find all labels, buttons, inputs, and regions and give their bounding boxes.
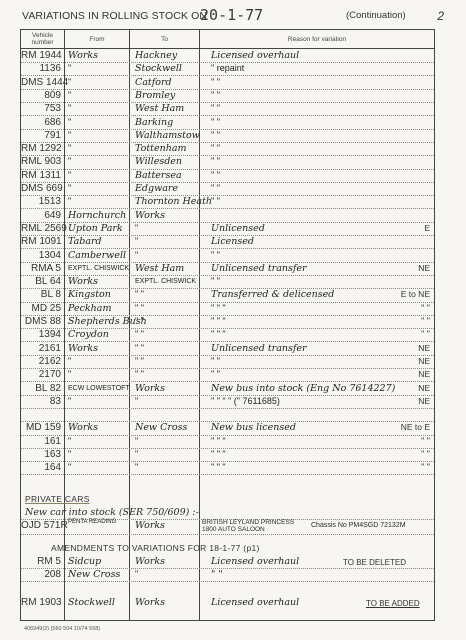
reason: New bus into stock (Eng No 7614227) (201, 382, 421, 395)
table-row: 2161Works" "Unlicensed transferNE (21, 342, 434, 356)
reason: " " (201, 169, 421, 182)
status-code (400, 182, 430, 195)
table-row: RM 1292"Tottenham" " (21, 142, 434, 156)
vehicle-number: RM 5 (21, 555, 63, 568)
status-code: E (400, 222, 430, 235)
status-code (400, 155, 430, 168)
to-location: " (131, 235, 203, 248)
table-row: 163""" " "" " (21, 448, 434, 462)
variations-table: Vehicle number From To Reason for variat… (20, 29, 435, 621)
from-location: Works (65, 49, 132, 62)
car-description: BRITISH LEYLAND PRINCESS1800 AUTO SALOON (202, 519, 294, 532)
to-location: Edgware (131, 182, 203, 195)
from-location: Works (65, 342, 132, 355)
added-row: RM 1903 Stockwell Works Licensed overhau… (21, 596, 434, 609)
table-row: 753"West Ham" " (21, 102, 434, 116)
reason: " " " " (" 7611685) (201, 395, 421, 408)
vehicle-number: 791 (21, 129, 63, 142)
from-location: EXPTL. CHISWICK (65, 262, 132, 275)
vehicle-number: 161 (21, 435, 63, 448)
table-row: 649HornchurchWorks (21, 209, 434, 223)
vehicle-number: RM 1311 (21, 169, 63, 182)
from-location: Shepherds Bush (65, 315, 132, 328)
from-location: Hornchurch (65, 209, 132, 222)
table-row: RML 2569Upton Park"UnlicensedE (21, 222, 434, 236)
to-location: Hackney (131, 49, 203, 62)
from-location: Works (65, 275, 132, 288)
table-row: RMA 5EXPTL. CHISWICKWest HamUnlicensed t… (21, 262, 434, 276)
status-code (400, 195, 430, 208)
reason: " " (201, 89, 421, 102)
status-code: NE (400, 368, 430, 381)
reason: " " (201, 76, 421, 89)
reason: " " (201, 568, 421, 581)
from-location: " (65, 129, 132, 142)
vehicle-number: 83 (21, 395, 63, 408)
to-location: Works (131, 519, 203, 532)
to-location: Tottenham (131, 142, 203, 155)
continuation-label: (Continuation) (346, 10, 406, 21)
from-location: New Cross (65, 568, 132, 581)
form-date: 20-1-77 (200, 6, 263, 24)
table-row: 2170"" "" "NE (21, 368, 434, 382)
to-location: " " (131, 302, 203, 315)
status-code (400, 142, 430, 155)
vehicle-number: 753 (21, 102, 63, 115)
reason: Licensed overhaul (201, 49, 421, 62)
status-code: " " (400, 302, 430, 315)
from-location: Sidcup (65, 555, 132, 568)
to-location: " " (131, 328, 203, 341)
table-row: 1136"Stockwell" repaint (21, 62, 434, 76)
reason: New bus licensed (201, 421, 421, 434)
from-location: Tabard (65, 235, 132, 248)
vehicle-number (21, 408, 63, 421)
header-reason: Reason for variation (200, 30, 434, 48)
table-row: 809"Bromley" " (21, 89, 434, 103)
from-location: Kingston (65, 288, 132, 301)
table-row: BL 64WorksEXPTL. CHISWICK" " (21, 275, 434, 289)
table-row: 1304Camberwell"" " (21, 249, 434, 263)
table-row: BL 8Kingston" "Transferred & delicensedE… (21, 288, 434, 302)
to-location: " " (131, 342, 203, 355)
to-location: Works (131, 555, 203, 568)
from-location: " (65, 461, 132, 474)
vehicle-number: RM 1091 (21, 235, 63, 248)
from-location: Upton Park (65, 222, 132, 235)
status-code (400, 102, 430, 115)
header-to: To (130, 30, 199, 48)
status-code: NE (400, 382, 430, 395)
from-location: " (65, 62, 132, 75)
from-location: Works (65, 421, 132, 434)
vehicle-number: 1136 (21, 62, 63, 75)
table-row: 791"Walthamstow" " (21, 129, 434, 143)
table-row: DMS 1444"Catford" " (21, 76, 434, 90)
status-code (400, 249, 430, 262)
vehicle-number: BL 82 (21, 382, 63, 395)
table-row: DMS 88Shepherds Bush" "" " "" " (21, 315, 434, 329)
status-code (400, 116, 430, 129)
reason: " " (201, 155, 421, 168)
vehicle-number: DMS 669 (21, 182, 63, 195)
vehicle-number: RM 1944 (21, 49, 63, 62)
status-code (400, 275, 430, 288)
table-row: DMS 669"Edgware" " (21, 182, 434, 196)
status-code (400, 76, 430, 89)
to-location: " (131, 249, 203, 262)
vehicle-number: 2162 (21, 355, 63, 368)
reason: " " " (201, 435, 421, 448)
from-location: " (65, 448, 132, 461)
to-location: Bromley (131, 89, 203, 102)
reason: " " (201, 368, 421, 381)
table-row: 161""" " "" " (21, 435, 434, 449)
status-code: NE (400, 342, 430, 355)
reason: Unlicensed (201, 222, 421, 235)
to-location: " " (131, 368, 203, 381)
vehicle-number: BL 8 (21, 288, 63, 301)
reason: " " (201, 355, 421, 368)
status-code (400, 408, 430, 421)
vehicle-number: MD 25 (21, 302, 63, 315)
table-row: RM 1944WorksHackneyLicensed overhaul (21, 49, 434, 63)
status-code (400, 209, 430, 222)
document-page: VARIATIONS IN ROLLING STOCK ON 20-1-77 (… (0, 0, 466, 640)
from-location: " (65, 155, 132, 168)
private-car-row: OJD 571R PENTA READING Works BRITISH LEY… (21, 519, 434, 535)
to-location: Walthamstow (131, 129, 203, 142)
status-code (400, 235, 430, 248)
amendments-heading-row: AMENDMENTS TO VARIATIONS FOR 18-1-77 (p1… (21, 542, 434, 555)
from-location: Stockwell (65, 596, 132, 609)
vehicle-number: 164 (21, 461, 63, 474)
reason: " " (201, 195, 421, 208)
to-location: " (131, 448, 203, 461)
status-code (400, 49, 430, 62)
header-from: From (65, 30, 129, 48)
table-row: 83""" " " " (" 7611685)NE (21, 395, 434, 409)
reason: " repaint (201, 62, 421, 75)
from-location: " (65, 89, 132, 102)
vehicle-number: 2161 (21, 342, 63, 355)
amendments-heading: AMENDMENTS TO VARIATIONS FOR 18-1-77 (p1… (51, 543, 260, 553)
reason: Licensed (201, 235, 421, 248)
page-number: 2 (437, 9, 444, 23)
to-location: Works (131, 382, 203, 395)
table-row: 1513"Thornton Heath" " (21, 195, 434, 209)
table-header: Vehicle number From To Reason for variat… (21, 30, 434, 49)
to-location: Thornton Heath (131, 195, 203, 208)
reason: " " (201, 275, 421, 288)
to-location (131, 408, 203, 421)
reason: Transferred & delicensed (201, 288, 421, 301)
from-location: " (65, 76, 132, 89)
to-location: Battersea (131, 169, 203, 182)
to-location: " " (131, 355, 203, 368)
to-location: West Ham (131, 102, 203, 115)
table-row: 1394Croydon" "" " "" " (21, 328, 434, 342)
section-private-cars: PRIVATE CARS (21, 493, 434, 506)
reason (201, 209, 421, 222)
vehicle-number: 649 (21, 209, 63, 222)
vehicle-number: RM 1903 (21, 596, 63, 609)
vehicle-number: 686 (21, 116, 63, 129)
status-code: NE (400, 355, 430, 368)
table-row: RM 1311"Battersea" " (21, 169, 434, 183)
to-be-added-note: TO BE ADDED (366, 599, 420, 608)
to-location: " (131, 395, 203, 408)
table-row: 686"Barking" " (21, 116, 434, 130)
to-location: Catford (131, 76, 203, 89)
status-code: NE (400, 395, 430, 408)
status-code: E to NE (400, 288, 430, 301)
to-location: " " (131, 288, 203, 301)
from-location: " (65, 435, 132, 448)
to-location: West Ham (131, 262, 203, 275)
to-location: " " (131, 315, 203, 328)
vehicle-number: 1513 (21, 195, 63, 208)
table-row: BL 82ECW LOWESTOFTWorksNew bus into stoc… (21, 382, 434, 396)
from-location: " (65, 368, 132, 381)
from-location: Camberwell (65, 249, 132, 262)
reason: " " " (201, 302, 421, 315)
table-row: MD 25Peckham" "" " "" " (21, 302, 434, 316)
table-row: 164""" " "" " (21, 461, 434, 475)
table-row: RM 1091Tabard"Licensed (21, 235, 434, 249)
from-location: ECW LOWESTOFT (65, 382, 132, 395)
reason: Unlicensed transfer (201, 342, 421, 355)
to-location: New Cross (131, 421, 203, 434)
from-location: PENTA READING (65, 519, 132, 532)
from-location: " (65, 355, 132, 368)
to-be-deleted-note: TO BE DELETED (343, 558, 406, 567)
table-row: 2162"" "" "NE (21, 355, 434, 369)
to-location: " (131, 568, 203, 581)
status-code (400, 169, 430, 182)
from-location: " (65, 395, 132, 408)
status-code: " " (400, 461, 430, 474)
to-location: Stockwell (131, 62, 203, 75)
status-code (400, 89, 430, 102)
from-location: " (65, 102, 132, 115)
to-location: Barking (131, 116, 203, 129)
from-location: Croydon (65, 328, 132, 341)
from-location: " (65, 182, 132, 195)
table-row: MD 159WorksNew CrossNew bus licensedNE t… (21, 421, 434, 435)
reason: " " (201, 142, 421, 155)
header-vehicle: Vehicle number (21, 30, 64, 48)
status-code (400, 129, 430, 142)
status-code (400, 62, 430, 75)
vehicle-number: BL 64 (21, 275, 63, 288)
vehicle-number: 2170 (21, 368, 63, 381)
reason: " " " (201, 448, 421, 461)
from-location (65, 408, 132, 421)
reason: " " (201, 129, 421, 142)
title-row: VARIATIONS IN ROLLING STOCK ON 20-1-77 (… (22, 6, 452, 28)
reason: " " (201, 182, 421, 195)
from-location: " (65, 142, 132, 155)
vehicle-number: 163 (21, 448, 63, 461)
to-location: Works (131, 596, 203, 609)
status-code: " " (400, 328, 430, 341)
status-code: NE to E (400, 421, 430, 434)
reason: " " " (201, 328, 421, 341)
reason: Unlicensed transfer (201, 262, 421, 275)
vehicle-number: DMS 88 (21, 315, 63, 328)
status-code: " " (400, 435, 430, 448)
chassis-number: Chassis No PM4SGD 72132M (311, 519, 406, 532)
vehicle-number: 1304 (21, 249, 63, 262)
reason: " " " (201, 315, 421, 328)
vehicle-number: DMS 1444 (21, 76, 63, 89)
status-code: NE (400, 262, 430, 275)
to-location: " (131, 222, 203, 235)
private-cars-heading: PRIVATE CARS (25, 494, 90, 504)
from-location: " (65, 169, 132, 182)
vehicle-number: 1394 (21, 328, 63, 341)
vehicle-number: 208 (21, 568, 63, 581)
vehicle-number: RML 903 (21, 155, 63, 168)
reason: " " (201, 249, 421, 262)
vehicle-number: OJD 571R (21, 519, 63, 532)
reason: " " (201, 116, 421, 129)
vehicle-number: 809 (21, 89, 63, 102)
reason: " " " (201, 461, 421, 474)
table-row: RML 903"Willesden" " (21, 155, 434, 169)
from-location: " (65, 116, 132, 129)
vehicle-number: RML 2569 (21, 222, 63, 235)
from-location: Peckham (65, 302, 132, 315)
status-code: " " (400, 315, 430, 328)
private-car-intro: New car into stock (SER 750/609) :- (25, 506, 199, 519)
blank-row (21, 581, 434, 594)
to-location: EXPTL. CHISWICK (131, 275, 203, 288)
form-title: VARIATIONS IN ROLLING STOCK ON (22, 10, 207, 22)
form-footer-code: 406949(2) (560 504 10/74 558) (24, 626, 100, 632)
reason (201, 408, 421, 421)
status-code: " " (400, 448, 430, 461)
from-location: " (65, 195, 132, 208)
vehicle-number: RM 1292 (21, 142, 63, 155)
reason: " " (201, 102, 421, 115)
to-location: " (131, 461, 203, 474)
vehicle-number: MD 159 (21, 421, 63, 434)
vehicle-number: RMA 5 (21, 262, 63, 275)
to-location: Willesden (131, 155, 203, 168)
table-row (21, 408, 434, 422)
to-location: " (131, 435, 203, 448)
to-location: Works (131, 209, 203, 222)
